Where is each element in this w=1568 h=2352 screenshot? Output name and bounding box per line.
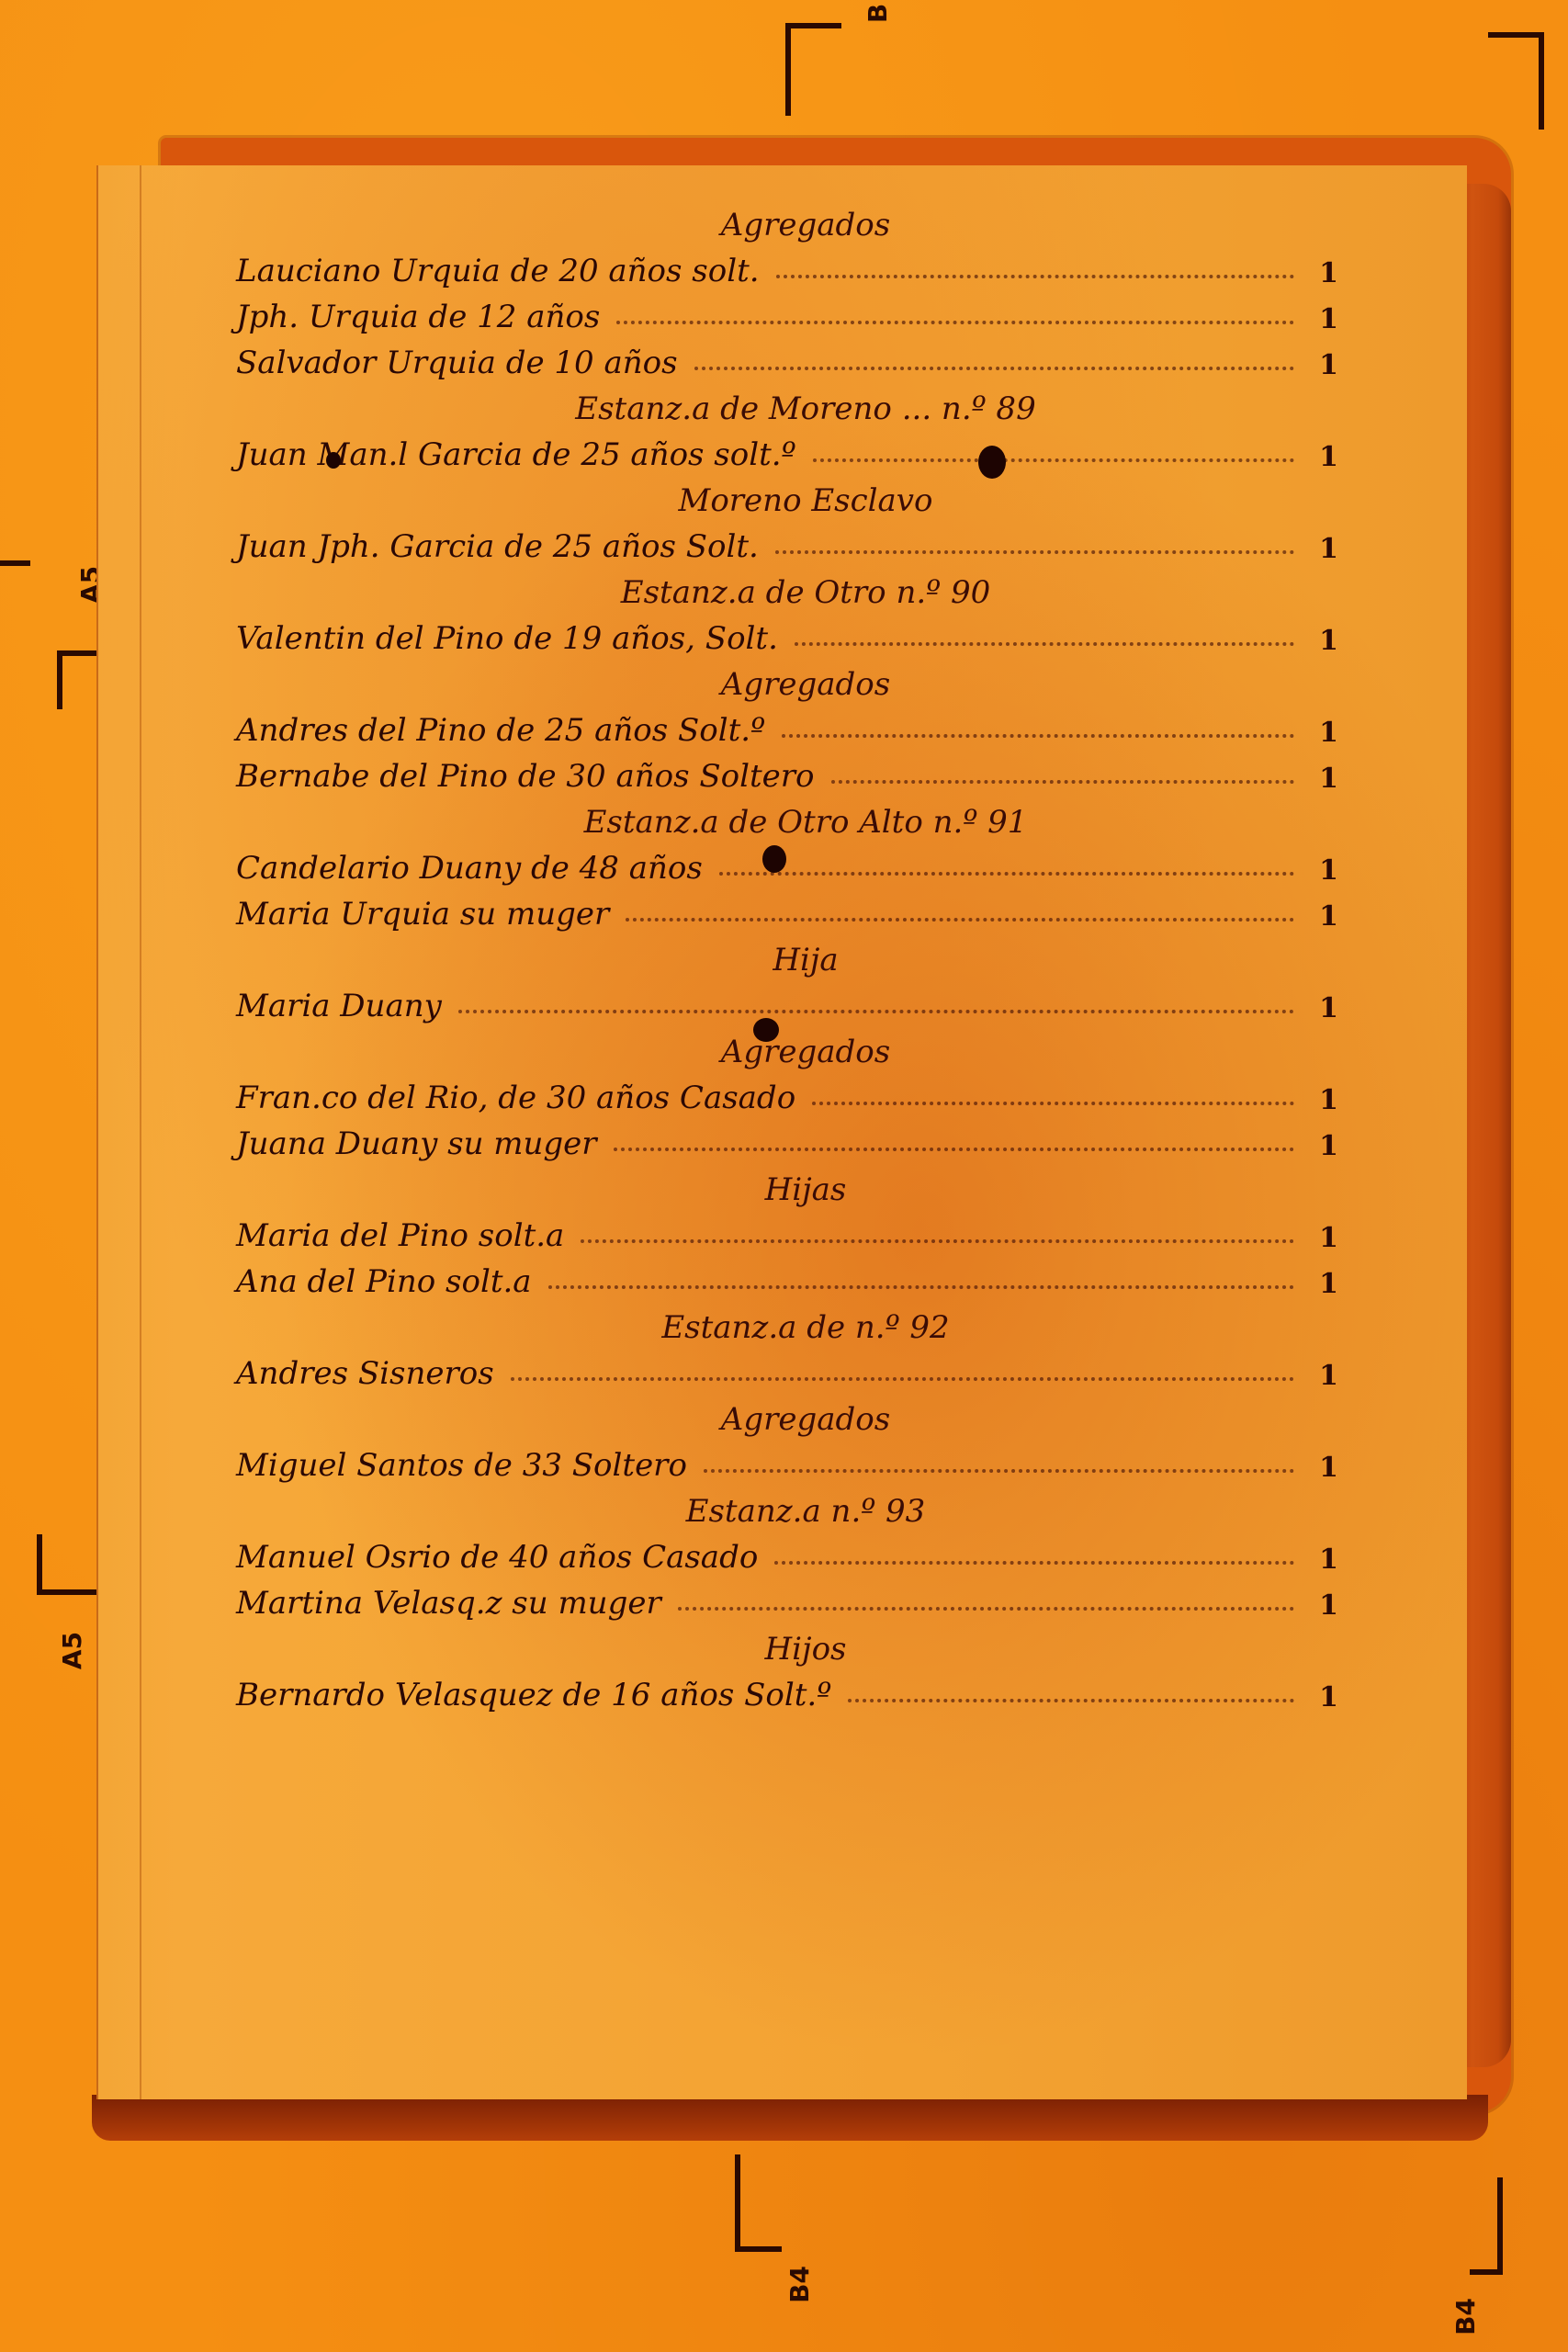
entry-text: Bernardo Velasquez de 16 años Solt.º <box>236 1677 831 1713</box>
crop-mark-left-upper-tick <box>0 560 30 566</box>
leader-dots <box>775 550 1294 554</box>
leader-dots <box>812 1102 1294 1105</box>
heading-text: Hijos <box>765 1631 847 1668</box>
census-entry: Candelario Duany de 48 años1 <box>236 841 1338 887</box>
heading-text: Estanz.a de n.º 92 <box>661 1309 949 1346</box>
section-heading: Estanz.a de n.º 92 <box>236 1300 1338 1346</box>
census-entry: Fran.co del Rio, de 30 años Casado1 <box>236 1070 1338 1116</box>
tally-count: 1 <box>1311 441 1338 473</box>
census-entry: Lauciano Urquia de 20 años solt.1 <box>236 243 1338 289</box>
entry-text: Fran.co del Rio, de 30 años Casado <box>236 1080 795 1116</box>
entry-text: Martina Velasq.z su muger <box>236 1585 661 1622</box>
crop-label-top: B <box>863 4 893 23</box>
leader-dots <box>511 1377 1294 1381</box>
crop-mark-left-lower <box>37 1534 102 1595</box>
leader-dots <box>548 1285 1294 1289</box>
heading-text: Estanz.a de Otro Alto n.º 91 <box>584 804 1028 841</box>
leader-dots <box>848 1699 1294 1702</box>
ink-blot <box>978 446 1006 479</box>
ink-blot <box>753 1018 779 1042</box>
manuscript-text: AgregadosLauciano Urquia de 20 años solt… <box>236 198 1338 1713</box>
section-heading: Moreno Esclavo <box>236 473 1338 519</box>
tally-count: 1 <box>1311 1360 1338 1392</box>
entry-text: Candelario Duany de 48 años <box>236 850 703 887</box>
tally-count: 1 <box>1311 1130 1338 1162</box>
crop-mark-top-right <box>1488 32 1544 130</box>
leader-dots <box>704 1469 1294 1473</box>
section-heading: Hija <box>236 933 1338 978</box>
entry-text: Valentin del Pino de 19 años, Solt. <box>236 620 778 657</box>
tally-count: 1 <box>1311 1268 1338 1300</box>
census-entry: Miguel Santos de 33 Soltero1 <box>236 1438 1338 1484</box>
crop-label-bottom-left: B4 <box>784 2266 815 2303</box>
leader-dots <box>626 918 1294 922</box>
census-entry: Andres del Pino de 25 años Solt.º1 <box>236 703 1338 749</box>
tally-count: 1 <box>1311 1589 1338 1622</box>
tally-count: 1 <box>1311 257 1338 289</box>
tally-count: 1 <box>1311 1452 1338 1484</box>
tally-count: 1 <box>1311 533 1338 565</box>
section-heading: Agregados <box>236 1392 1338 1438</box>
census-entry: Manuel Osrio de 40 años Casado1 <box>236 1530 1338 1576</box>
tally-count: 1 <box>1311 854 1338 887</box>
tally-count: 1 <box>1311 717 1338 749</box>
section-heading: Agregados <box>236 198 1338 243</box>
page-gutter <box>98 165 141 2099</box>
heading-text: Hijas <box>765 1171 847 1208</box>
census-entry: Bernabe del Pino de 30 años Soltero1 <box>236 749 1338 795</box>
tally-count: 1 <box>1311 1681 1338 1713</box>
leader-dots <box>813 458 1294 462</box>
entry-text: Lauciano Urquia de 20 años solt. <box>236 253 760 289</box>
section-heading: Estanz.a de Moreno ... n.º 89 <box>236 381 1338 427</box>
crop-mark-bottom-right <box>1470 2177 1503 2275</box>
census-entry: Juan Jph. Garcia de 25 años Solt.1 <box>236 519 1338 565</box>
leader-dots <box>614 1148 1294 1151</box>
census-entry: Andres Sisneros1 <box>236 1346 1338 1392</box>
page-edge-bottom <box>92 2095 1488 2141</box>
leader-dots <box>678 1607 1294 1611</box>
tally-count: 1 <box>1311 349 1338 381</box>
census-entry: Juana Duany su muger1 <box>236 1116 1338 1162</box>
leader-dots <box>774 1561 1294 1565</box>
section-heading: Agregados <box>236 1024 1338 1070</box>
census-entry: Maria del Pino solt.a1 <box>236 1208 1338 1254</box>
entry-text: Juana Duany su muger <box>236 1125 597 1162</box>
entry-text: Maria Urquia su muger <box>236 896 609 933</box>
leader-dots <box>694 367 1294 370</box>
leader-dots <box>782 734 1294 738</box>
heading-text: Estanz.a n.º 93 <box>686 1493 926 1530</box>
manuscript-page: AgregadosLauciano Urquia de 20 años solt… <box>96 165 1467 2099</box>
tally-count: 1 <box>1311 1222 1338 1254</box>
heading-text: Agregados <box>721 1401 890 1438</box>
crop-label-left-lower: A5 <box>57 1632 87 1669</box>
census-entry: Ana del Pino solt.a1 <box>236 1254 1338 1300</box>
entry-text: Juan Jph. Garcia de 25 años Solt. <box>236 528 759 565</box>
heading-text: Estanz.a de Moreno ... n.º 89 <box>575 390 1035 427</box>
leader-dots <box>581 1239 1294 1243</box>
entry-text: Miguel Santos de 33 Soltero <box>236 1447 687 1484</box>
crop-mark-bottom-left <box>735 2154 782 2252</box>
tally-count: 1 <box>1311 625 1338 657</box>
section-heading: Hijas <box>236 1162 1338 1208</box>
tally-count: 1 <box>1311 1543 1338 1576</box>
heading-text: Moreno Esclavo <box>679 482 933 519</box>
entry-text: Juan Man.l Garcia de 25 años solt.º <box>236 436 796 473</box>
heading-text: Hija <box>773 942 838 978</box>
section-heading: Agregados <box>236 657 1338 703</box>
census-entry: Juan Man.l Garcia de 25 años solt.º1 <box>236 427 1338 473</box>
entry-text: Andres Sisneros <box>236 1355 494 1392</box>
census-entry: Martina Velasq.z su muger1 <box>236 1576 1338 1622</box>
leader-dots <box>719 872 1294 876</box>
tally-count: 1 <box>1311 763 1338 795</box>
section-heading: Estanz.a n.º 93 <box>236 1484 1338 1530</box>
leader-dots <box>616 321 1294 324</box>
section-heading: Estanz.a de Otro n.º 90 <box>236 565 1338 611</box>
census-entry: Salvador Urquia de 10 años1 <box>236 335 1338 381</box>
crop-mark-top-left <box>785 23 841 116</box>
entry-text: Maria Duany <box>236 988 442 1024</box>
leader-dots <box>831 780 1294 784</box>
leader-dots <box>795 642 1294 646</box>
entry-text: Bernabe del Pino de 30 años Soltero <box>236 758 815 795</box>
census-entry: Maria Duany1 <box>236 978 1338 1024</box>
leader-dots <box>458 1010 1294 1013</box>
entry-text: Andres del Pino de 25 años Solt.º <box>236 712 765 749</box>
heading-text: Agregados <box>721 1034 890 1070</box>
section-heading: Hijos <box>236 1622 1338 1668</box>
entry-text: Salvador Urquia de 10 años <box>236 345 678 381</box>
entry-text: Ana del Pino solt.a <box>236 1263 532 1300</box>
census-entry: Bernardo Velasquez de 16 años Solt.º1 <box>236 1668 1338 1713</box>
census-entry: Jph. Urquia de 12 años1 <box>236 289 1338 335</box>
ink-blot <box>326 452 341 469</box>
tally-count: 1 <box>1311 1084 1338 1116</box>
crop-label-bottom-right: B4 <box>1450 2298 1481 2335</box>
heading-text: Estanz.a de Otro n.º 90 <box>621 574 990 611</box>
entry-text: Manuel Osrio de 40 años Casado <box>236 1539 758 1576</box>
ink-blot <box>762 845 786 873</box>
leader-dots <box>776 275 1294 278</box>
heading-text: Agregados <box>721 666 890 703</box>
heading-text: Agregados <box>721 207 890 243</box>
tally-count: 1 <box>1311 303 1338 335</box>
census-entry: Valentin del Pino de 19 años, Solt.1 <box>236 611 1338 657</box>
tally-count: 1 <box>1311 900 1338 933</box>
tally-count: 1 <box>1311 992 1338 1024</box>
census-entry: Maria Urquia su muger1 <box>236 887 1338 933</box>
section-heading: Estanz.a de Otro Alto n.º 91 <box>236 795 1338 841</box>
entry-text: Maria del Pino solt.a <box>236 1217 564 1254</box>
entry-text: Jph. Urquia de 12 años <box>236 299 600 335</box>
